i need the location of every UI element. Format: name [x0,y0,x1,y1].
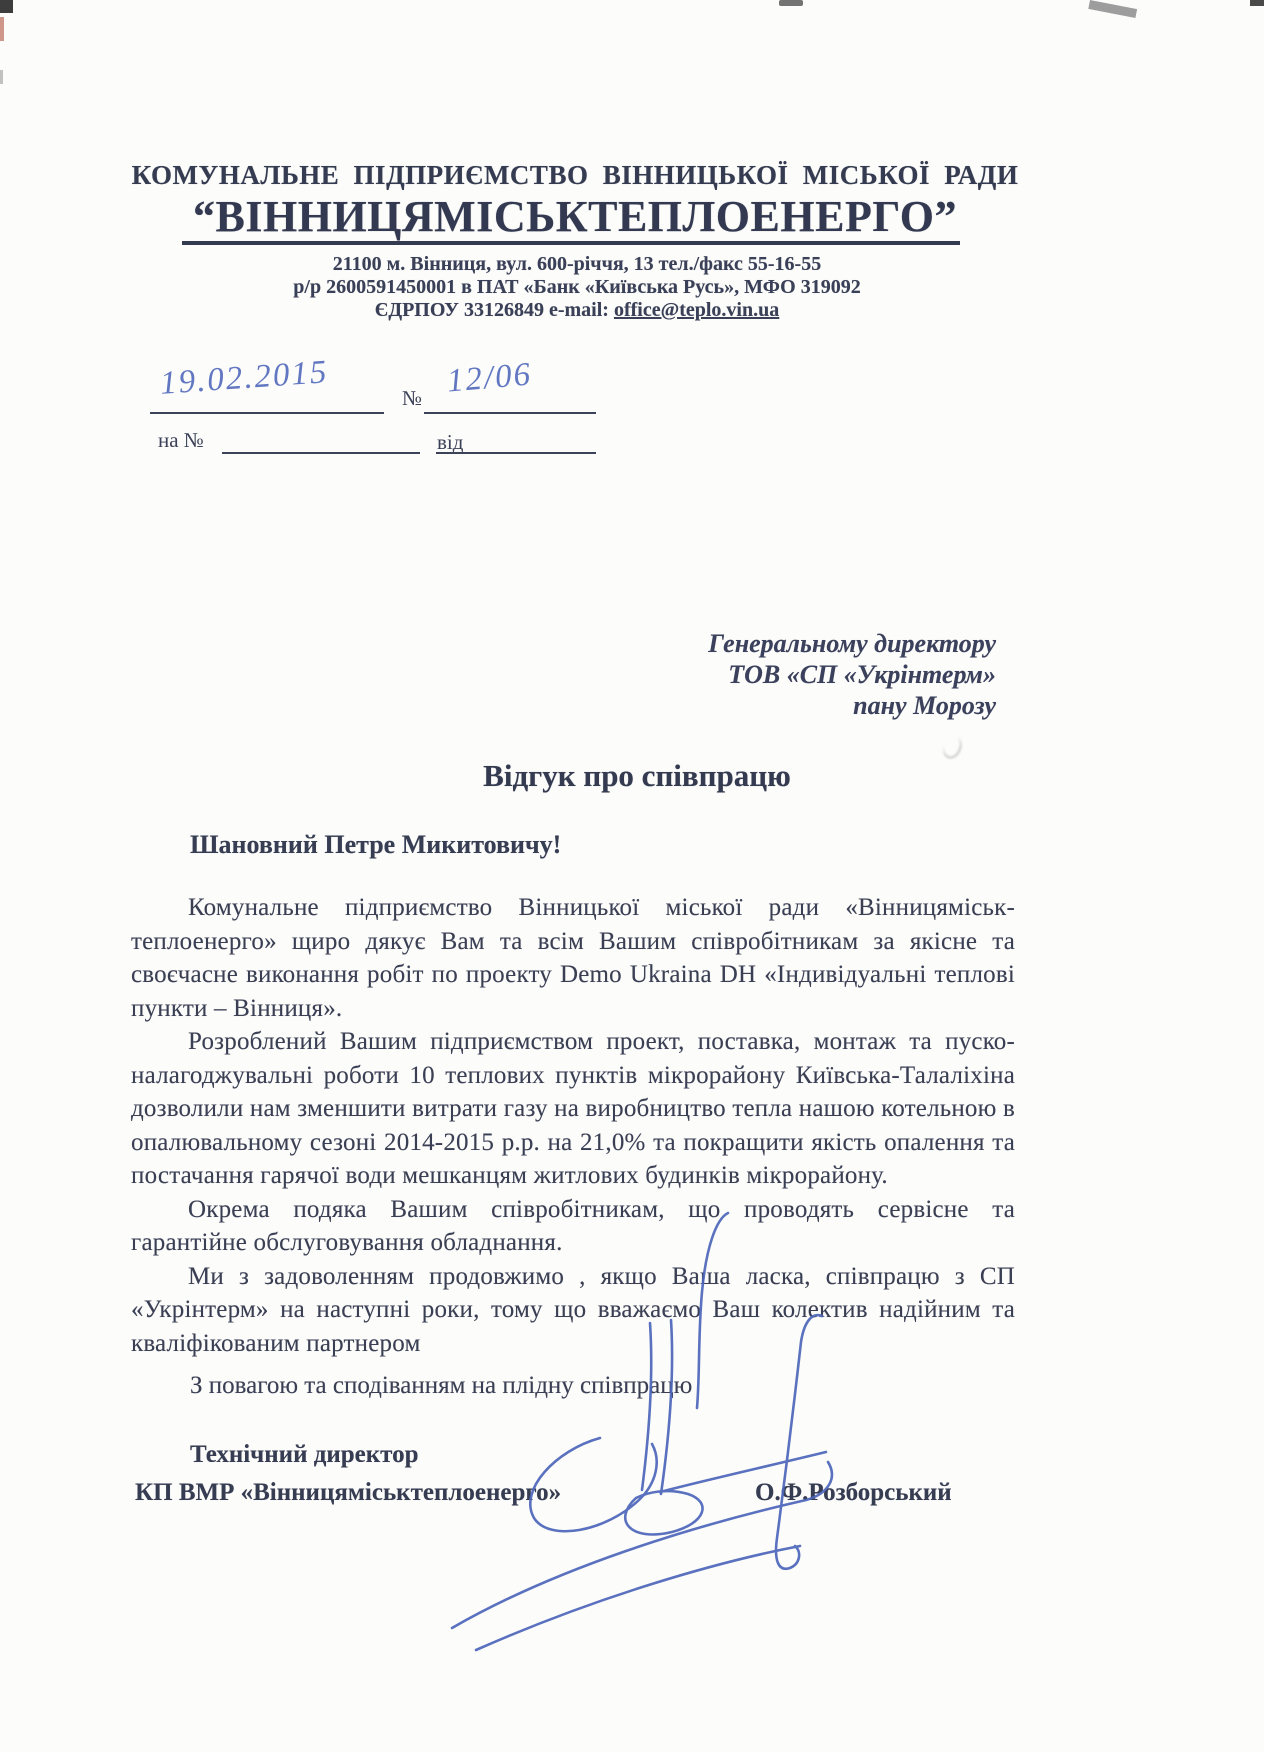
address-line: 21100 м. Вінниця, вул. 600-річчя, 13 тел… [157,253,997,276]
scan-artifact-top-left [0,0,13,13]
handwritten-date: 19.02.2015 [159,354,330,403]
date-field-line [150,412,384,414]
company-name: “ВІННИЦЯМІСЬКТЕПЛОЕНЕРГО” [0,191,1150,242]
body-paragraph: Комунальне підприємство Вінницької міськ… [131,891,1015,1025]
body-paragraph: Розроблений Вашим підприємством проект, … [131,1025,1015,1193]
email-address: office@teplo.vin.ua [614,299,779,321]
reply-to-label: на № [158,428,204,453]
reply-to-field-line [222,452,420,454]
scan-artifact-top-edge [779,0,803,6]
signer-position-line1: Технічний директор [190,1441,419,1469]
scanned-letter-page: КОМУНАЛЬНЕ ПІДПРИЄМСТВО ВІННИЦЬКОЇ МІСЬК… [0,0,1264,1752]
letter-title: Відгук про співпрацю [457,758,817,794]
recipient-block: Генеральному директору ТОВ «СП «Укрінтер… [600,628,996,721]
scan-artifact-left-edge-2 [0,70,3,84]
scan-artifact-smudge [940,734,965,762]
handwritten-number: 12/06 [446,356,534,400]
from-field-line [436,452,596,454]
scan-artifact-left-edge [0,17,4,41]
number-field-line [424,412,596,414]
bank-details-line: р/р 2600591450001 в ПАТ «Банк «Київська … [157,276,997,299]
salutation: Шановний Петре Микитовичу! [190,830,561,860]
recipient-person: пану Морозу [600,690,996,721]
signature-ink [430,1190,850,1660]
scan-artifact-top-right [1088,0,1137,18]
number-label: № [402,386,422,411]
recipient-company: ТОВ «СП «Укрінтерм» [600,659,996,690]
company-name-underline [182,241,960,245]
scan-artifact-top-right-corner [1250,0,1264,6]
edrpou-text: ЄДРПОУ 33126849 e-mail: [375,299,614,321]
recipient-position: Генеральному директору [600,628,996,659]
org-type-line: КОМУНАЛЬНЕ ПІДПРИЄМСТВО ВІННИЦЬКОЇ МІСЬК… [0,160,1150,191]
edrpou-email-line: ЄДРПОУ 33126849 e-mail: office@teplo.vin… [157,299,997,322]
